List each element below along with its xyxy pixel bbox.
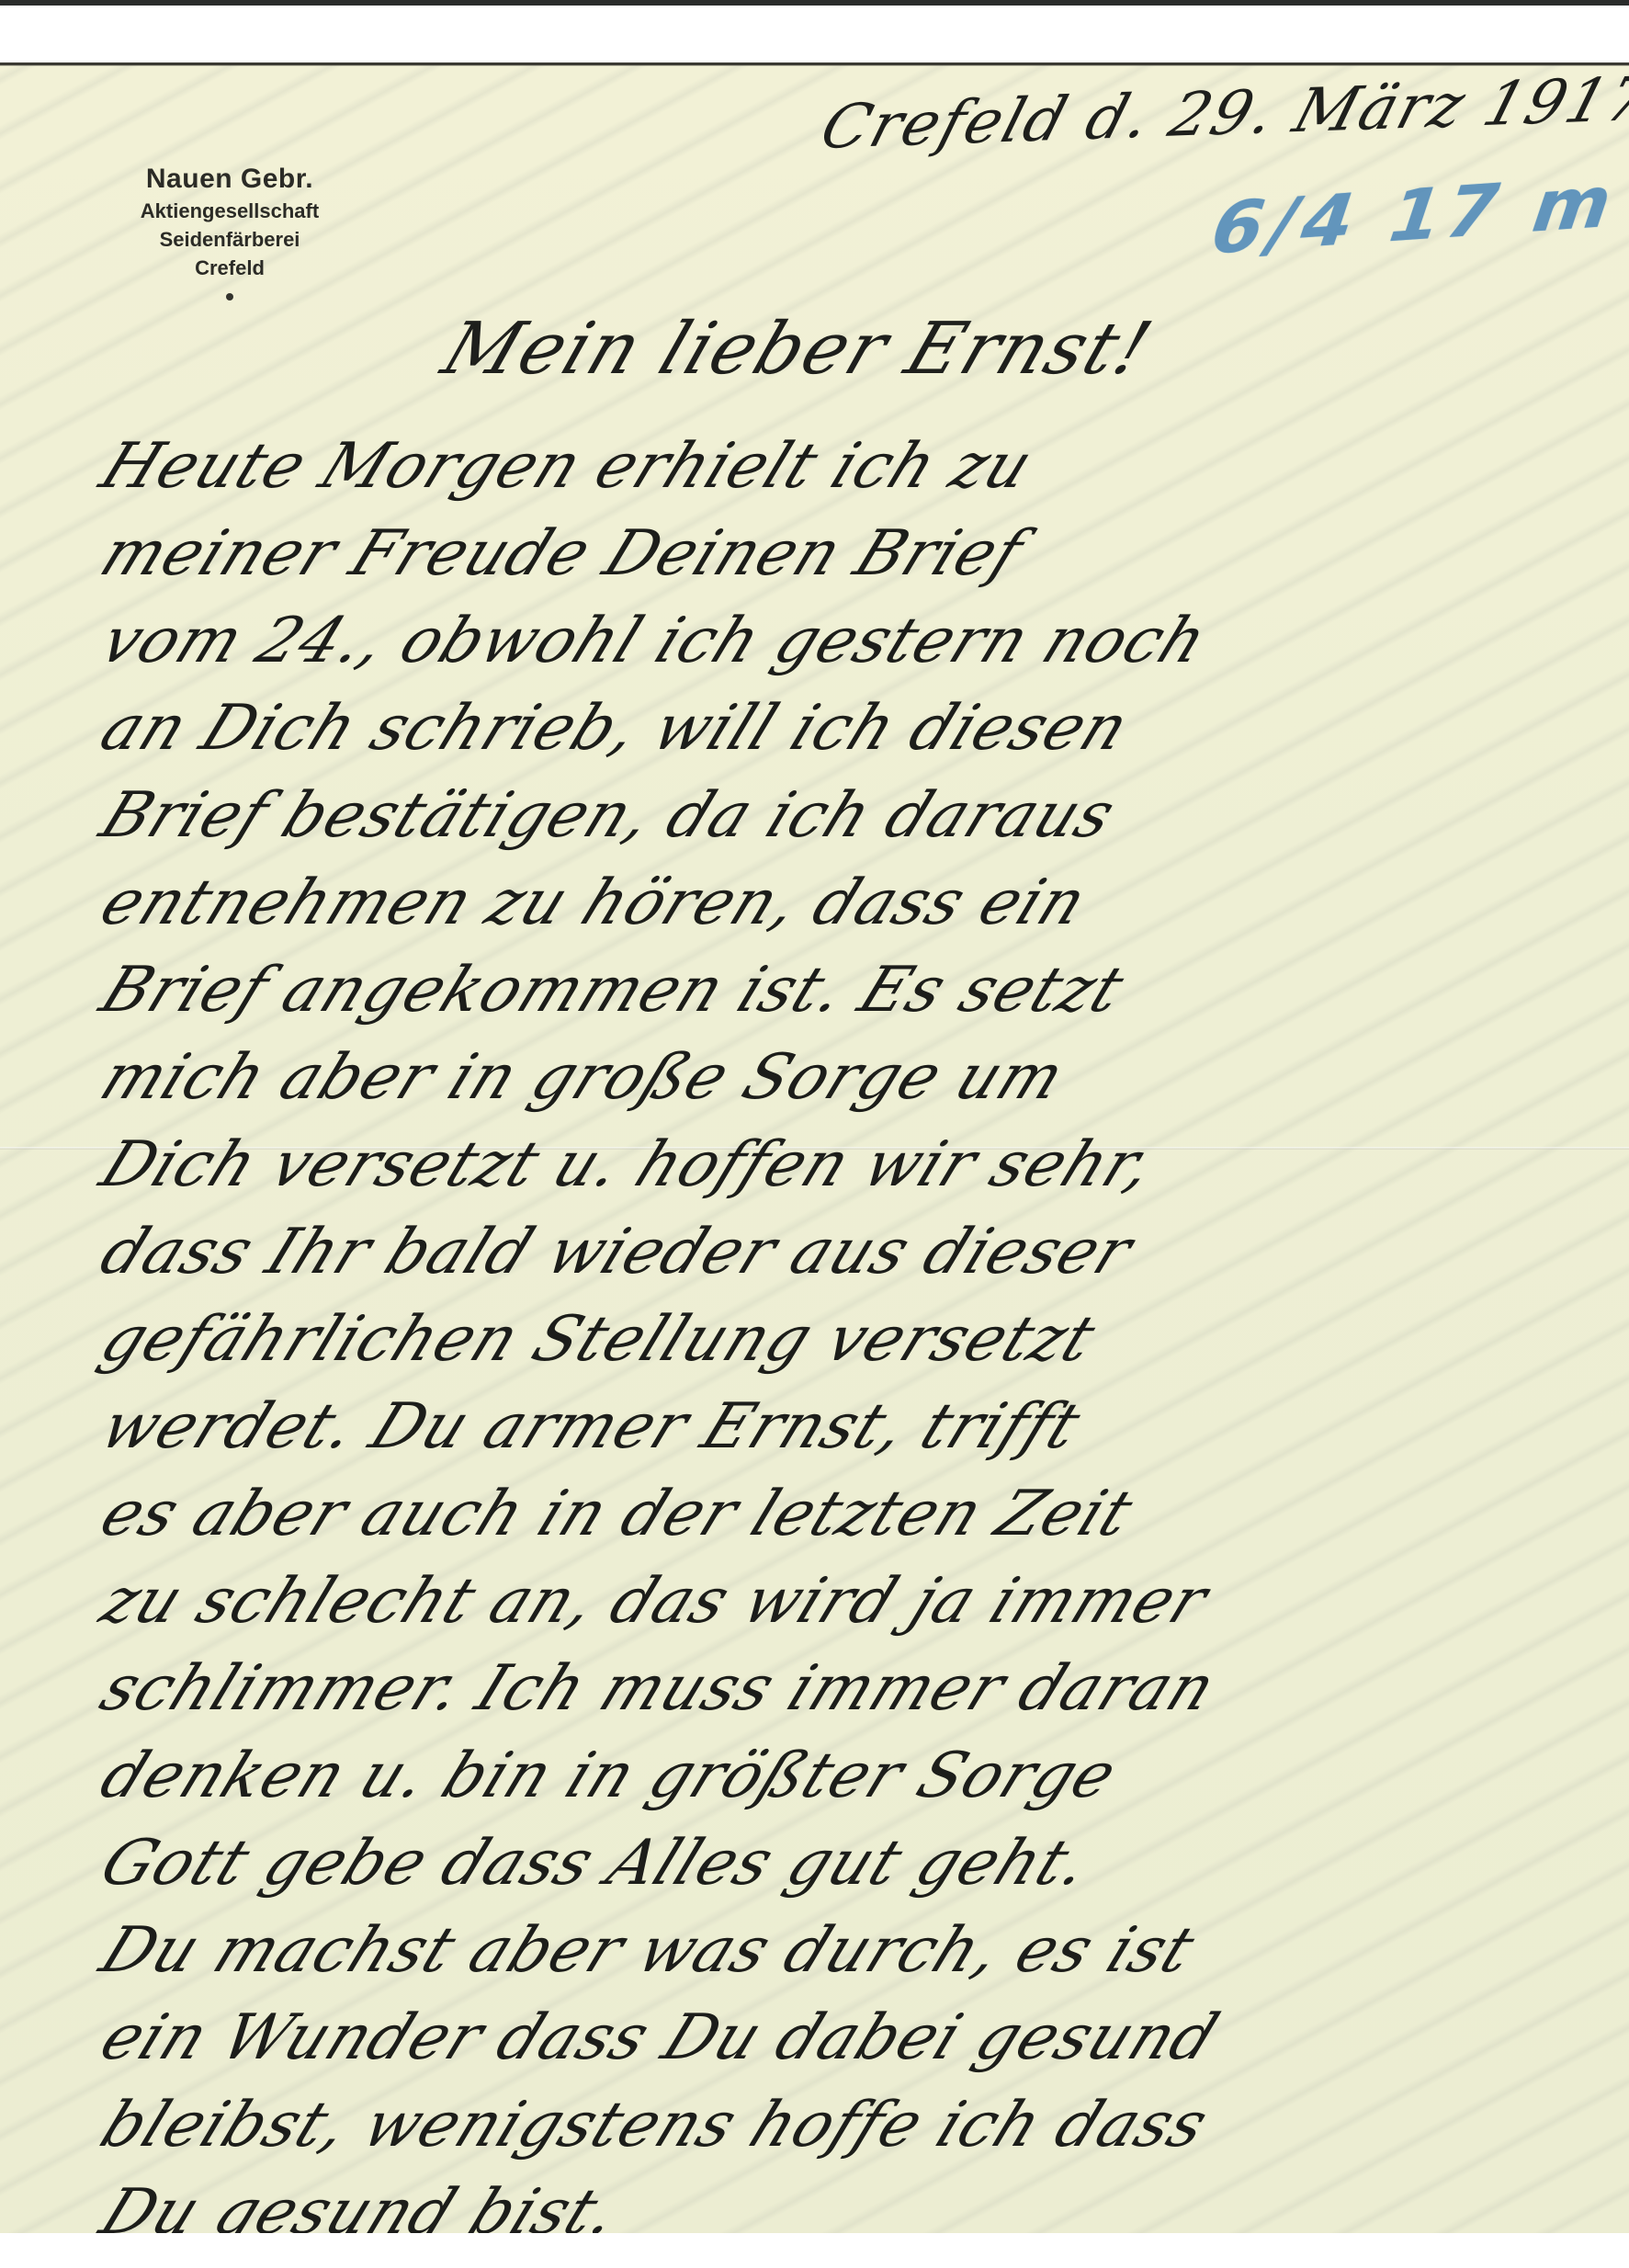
letterhead-line-type: Aktiengesellschaft <box>92 197 368 225</box>
letter-line: denken u. bin in größter Sorge <box>87 1732 1629 1820</box>
letter-line: entnehmen zu hören, dass ein <box>87 859 1629 947</box>
letterhead: Nauen Gebr. Aktiengesellschaft Seidenfär… <box>92 164 368 305</box>
letter-line: es aber auch in der letzten Zeit <box>87 1470 1629 1558</box>
scan-border <box>0 0 1629 6</box>
letterhead-line-business: Seidenfärberei <box>92 225 368 254</box>
letter-line: meiner Freude Deinen Brief <box>87 510 1629 597</box>
letterhead-dot-icon <box>226 293 233 301</box>
letterhead-line-city: Crefeld <box>92 254 368 282</box>
letter-line: vom 24., obwohl ich gestern noch <box>87 597 1629 685</box>
letter-body: Heute Morgen erhielt ich zu meiner Freud… <box>87 423 1629 2256</box>
letterhead-company: Nauen Gebr. <box>92 164 368 195</box>
letter-line: mich aber in große Sorge um <box>87 1034 1629 1121</box>
letter-line: schlimmer. Ich muss immer daran <box>87 1645 1629 1732</box>
letter-line: dass Ihr bald wieder aus dieser <box>87 1208 1629 1296</box>
letter-line: an Dich schrieb, will ich diesen <box>87 685 1629 772</box>
letter-line: Gott gebe dass Alles gut geht. <box>87 1820 1629 1907</box>
letter-line: Brief angekommen ist. Es setzt <box>87 947 1629 1034</box>
letter-line: gefährlichen Stellung versetzt <box>87 1296 1629 1383</box>
letter-line: bleibst, wenigstens hoffe ich dass <box>87 2081 1629 2169</box>
letter-line: zu schlecht an, das wird ja immer <box>87 1558 1629 1645</box>
salutation: Mein lieber Ernst! <box>432 308 1163 391</box>
letter-line: Brief bestätigen, da ich daraus <box>87 772 1629 859</box>
letter-line: Dich versetzt u. hoffen wir sehr, <box>87 1121 1629 1208</box>
letter-line: ein Wunder dass Du dabei gesund <box>87 1994 1629 2081</box>
scan-bottom-margin <box>0 2233 1629 2268</box>
letter-line: Du machst aber was durch, es ist <box>87 1907 1629 1994</box>
letter-line: werdet. Du armer Ernst, trifft <box>87 1383 1629 1470</box>
letter-line: Heute Morgen erhielt ich zu <box>87 423 1629 510</box>
